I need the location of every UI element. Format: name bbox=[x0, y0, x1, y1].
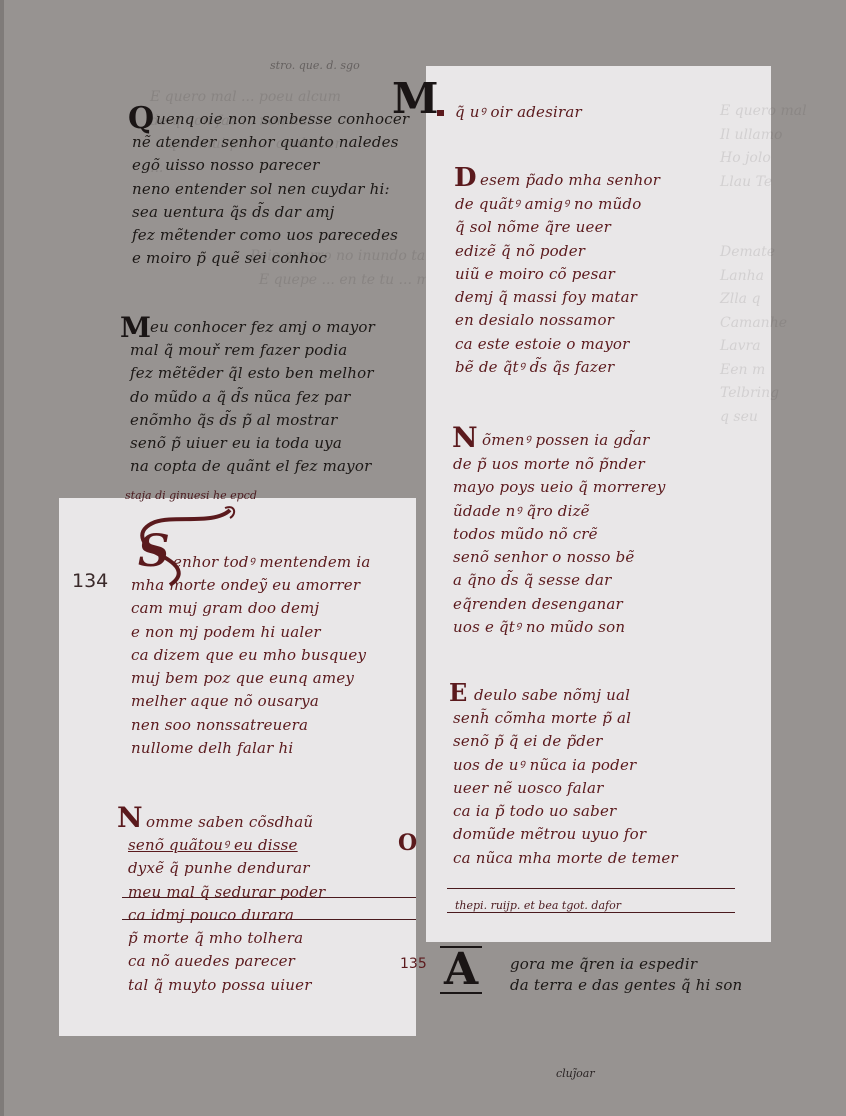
verse-line: eq̃renden desenganar bbox=[453, 593, 666, 616]
verse-line: meu mal q̃ sedurar poder bbox=[128, 881, 325, 904]
ruling-line bbox=[122, 897, 416, 898]
verse-line: õmenꝰ possen ia gd̃ar bbox=[482, 429, 649, 452]
verse-line: e non mj podem hi ualer bbox=[131, 621, 366, 644]
verse-line: q̃ sol nõme q̃re ueer bbox=[455, 216, 641, 239]
stanza-right-1: esem p̃ado mha senhor bbox=[480, 169, 660, 192]
catchword: cluj̃oar bbox=[556, 1067, 595, 1080]
initial-o-fragment: O bbox=[398, 832, 417, 854]
verse-line: a q̃no d̃s q̃ sesse dar bbox=[453, 569, 666, 592]
stanza-right-3-body: senh̃ cõmha morte p̃ al senõ p̃ q̃ ei de… bbox=[453, 707, 678, 870]
verse-line: ca este estoie o mayor bbox=[455, 333, 641, 356]
verse-line: omme saben cõsdhaũ bbox=[146, 811, 313, 834]
verse-line: senõ quãtouꝰ eu disse bbox=[128, 834, 325, 857]
bleed-through-text: E quero mal Il ullamo Ho jolo Llau Te De… bbox=[720, 100, 807, 429]
verse-line: e moiro p̃ quẽ sei conhoc bbox=[132, 247, 399, 270]
initial-q: Q bbox=[128, 104, 154, 134]
folio-number-135: 135 bbox=[400, 956, 427, 972]
verse-line: bẽ de q̃tꝰ d̃s q̃s fazer bbox=[455, 356, 641, 379]
ruling-line bbox=[447, 888, 735, 889]
verse-line: dyxẽ q̃ punhe dendurar bbox=[128, 857, 325, 880]
verse-line: nen soo nonssatreuera bbox=[131, 714, 366, 737]
initial-m-large: M bbox=[392, 78, 439, 120]
verse-line: mayo poys ueio q̃ morrerey bbox=[453, 476, 666, 499]
verse-line: ca dizem que eu mho busquey bbox=[131, 644, 366, 667]
verse-line: uenq oie non sonbesse conhocer bbox=[156, 108, 409, 131]
verse-line: ũdade nꝰ q̃ro dizẽ bbox=[453, 500, 666, 523]
verse-line: de quãtꝰ amigꝰ no mũdo bbox=[455, 193, 641, 216]
verse-line: p̃ morte q̃ mho tolhera bbox=[128, 927, 325, 950]
verse-line: ca nũca mha morte de temer bbox=[453, 847, 678, 870]
verse-line: uos de uꝰ nũca ia poder bbox=[453, 754, 678, 777]
verse-line: da terra e das gentes q̃ hi son bbox=[510, 975, 742, 996]
folio-number-134: 134 bbox=[72, 570, 108, 592]
verse-line: fez mẽtẽder q̃l esto ben melhor bbox=[130, 362, 374, 385]
initial-e: E bbox=[449, 681, 467, 705]
verse-line: senõ p̃ q̃ ei de p̃der bbox=[453, 730, 678, 753]
verse-line: melher aque nõ ousarya bbox=[131, 690, 366, 713]
verse-line: tal q̃ muyto possa uiuer bbox=[128, 974, 325, 997]
stanza-left-1: uenq oie non sonbesse conhocer bbox=[156, 108, 409, 131]
stanza-left-4-body: senõ quãtouꝰ eu disse dyxẽ q̃ punhe dend… bbox=[128, 834, 325, 997]
stanza-left-1-body: nẽ atender senhor quanto naledes egõ uis… bbox=[132, 131, 399, 271]
stanza-left-2: eu conhocer fez amj o mayor bbox=[150, 316, 375, 339]
verse-line: ca nõ auedes parecer bbox=[128, 950, 325, 973]
verse-line: egõ uisso nosso parecer bbox=[132, 154, 399, 177]
initial-m: M bbox=[120, 314, 151, 342]
verse-line: demj q̃ massi foy matar bbox=[455, 286, 641, 309]
stanza-right-3: deulo sabe nõmj ual bbox=[474, 684, 630, 707]
verse-line: nẽ atender senhor quanto naledes bbox=[132, 131, 399, 154]
initial-s: S bbox=[138, 530, 170, 574]
stanza-right-2: õmenꝰ possen ia gd̃ar bbox=[482, 429, 649, 452]
verse-line: ueer nẽ uosco falar bbox=[453, 777, 678, 800]
ruling-line bbox=[447, 912, 735, 913]
verse-line: todos mũdo nõ crẽ bbox=[453, 523, 666, 546]
verse-line: deulo sabe nõmj ual bbox=[474, 684, 630, 707]
page-edge bbox=[0, 0, 4, 1116]
verse-line: eu conhocer fez amj o mayor bbox=[150, 316, 375, 339]
ruling-line bbox=[122, 919, 416, 920]
verse-line: fez mẽtender como uos parecedes bbox=[132, 224, 399, 247]
initial-n-right: N bbox=[452, 424, 478, 452]
stanza-left-3-body: mha morte ondeỹ eu amorrer cam muj gram … bbox=[131, 574, 366, 760]
verse-line: enhor todꝰ mentendem ia bbox=[173, 551, 370, 574]
stanza-left-4: omme saben cõsdhaũ bbox=[146, 811, 313, 834]
verse-line: senh̃ cõmha morte p̃ al bbox=[453, 707, 678, 730]
verse-line: neno entender sol nen cuydar hi: bbox=[132, 178, 399, 201]
verse-line: mal q̃ mouř rem fazer podia bbox=[130, 339, 374, 362]
rubric-below-rule: thepi. ruijp. et bea tgot. dafor bbox=[455, 899, 621, 912]
verse-line: esem p̃ado mha senhor bbox=[480, 169, 660, 192]
initial-d: D bbox=[454, 165, 477, 191]
verse-line: ca idmj pouco durara bbox=[128, 904, 325, 927]
top-note: stro. que. d. sgo bbox=[270, 59, 360, 72]
verse-line: do mũdo a q̃ d̃s nũca fez par bbox=[130, 386, 374, 409]
verse-line: en desialo nossamor bbox=[455, 309, 641, 332]
stanza-right-4: gora me q̃ren ia espedir da terra e das … bbox=[510, 954, 742, 996]
verse-line: ca ia p̃ todo uo saber bbox=[453, 800, 678, 823]
verse-line: enõmho q̃s d̃s p̃ al mostrar bbox=[130, 409, 374, 432]
verse-line: cam muj gram doo demj bbox=[131, 597, 366, 620]
verse-line: muj bem poz que eunq amey bbox=[131, 667, 366, 690]
verse-line: edizẽ q̃ nõ poder bbox=[455, 240, 641, 263]
verse-line: uiũ e moiro cõ pesar bbox=[455, 263, 641, 286]
initial-a-large: A bbox=[440, 946, 482, 994]
continuation-line: q̃ uꝰ oir adesirar bbox=[455, 101, 582, 124]
verse-line: mha morte ondeỹ eu amorrer bbox=[131, 574, 366, 597]
verse-line: senõ senhor o nosso bẽ bbox=[453, 546, 666, 569]
verse-line: na copta de quãnt el fez mayor bbox=[130, 455, 374, 478]
verse-line: domũde mẽtrou uyuo for bbox=[453, 823, 678, 846]
stanza-right-2-body: de p̃ uos morte nõ p̃nder mayo poys ueio… bbox=[453, 453, 666, 639]
verse-line: gora me q̃ren ia espedir bbox=[510, 954, 742, 975]
verse-line: de p̃ uos morte nõ p̃nder bbox=[453, 453, 666, 476]
initial-n: N bbox=[117, 804, 143, 832]
verse-line: sea uentura q̃s d̃s dar amj bbox=[132, 201, 399, 224]
verse-line: uos e q̃tꝰ no mũdo son bbox=[453, 616, 666, 639]
verse-line: nullome delh falar hi bbox=[131, 737, 366, 760]
verse-line: senõ p̃ uiuer eu ia toda uya bbox=[130, 432, 374, 455]
stanza-left-3: enhor todꝰ mentendem ia bbox=[173, 551, 370, 574]
red-mark bbox=[437, 110, 444, 116]
manuscript-page: E quero mal ... poeu alcum de q non faz … bbox=[0, 0, 846, 1116]
stanza-right-1-body: de quãtꝰ amigꝰ no mũdo q̃ sol nõme q̃re … bbox=[455, 193, 641, 379]
stanza-left-2-body: mal q̃ mouř rem fazer podia fez mẽtẽder … bbox=[130, 339, 374, 479]
